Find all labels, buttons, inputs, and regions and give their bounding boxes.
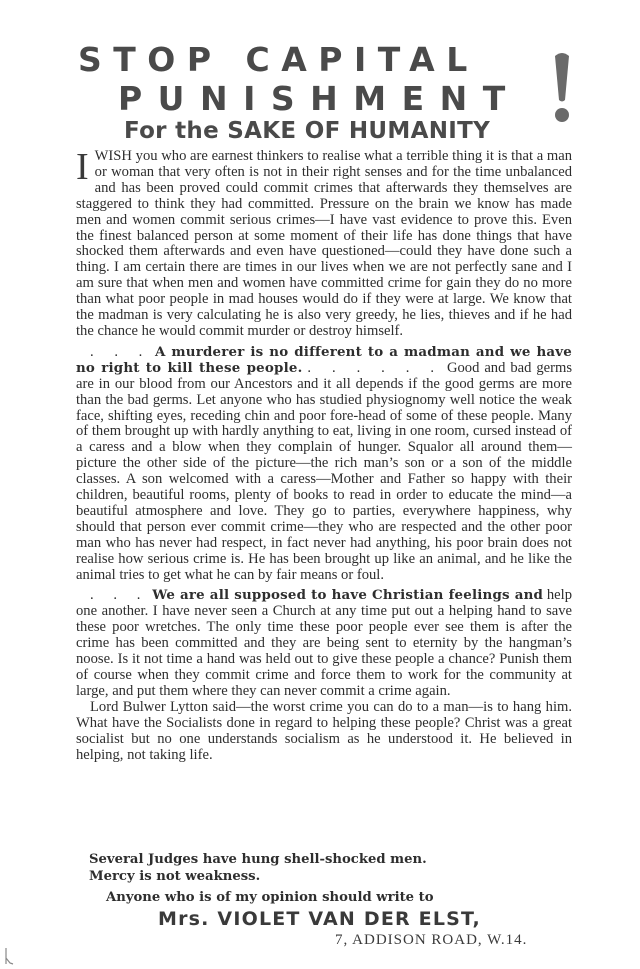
paragraph-2-text: Good and bad germs are in our blood from… [76, 360, 572, 583]
paragraph-1: IWISH you who are earnest thinkers to re… [76, 149, 572, 340]
paragraph-3-text: help one another. I have never seen a Ch… [76, 587, 572, 698]
author-address: 7, ADDISON ROAD, W.14. [335, 932, 527, 949]
exclamation-icon [551, 52, 573, 124]
mid-dots: . . . . . . [307, 360, 442, 376]
poster-subtitle: For the SAKE OF HUMANITY [124, 118, 490, 144]
bold-statement-christian: We are all supposed to have Christian fe… [152, 587, 543, 603]
closing-write-to-line: Anyone who is of my opinion should write… [106, 890, 434, 905]
leading-dots: . . . [90, 344, 150, 360]
paragraph-1-text: WISH you who are earnest thinkers to rea… [76, 148, 572, 339]
scan-mark [4, 946, 14, 966]
paragraph-2: . . . A murderer is no different to a ma… [76, 345, 572, 584]
poster-title-line-2: PUNISHMENT [118, 79, 521, 118]
drop-cap: I [76, 152, 89, 182]
leading-dots: . . . [90, 587, 148, 603]
paragraph-4: Lord Bulwer Lytton said—the worst crime … [76, 700, 572, 764]
author-name: Mrs. VIOLET VAN DER ELST, [158, 908, 481, 930]
closing-mercy-line: Mercy is not weakness. [89, 869, 260, 884]
article-body: IWISH you who are earnest thinkers to re… [76, 149, 572, 763]
closing-judges-line: Several Judges have hung shell-shocked m… [89, 852, 427, 867]
paragraph-4-text: Lord Bulwer Lytton said—the worst crime … [76, 699, 572, 763]
paragraph-3: . . . We are all supposed to have Christ… [76, 588, 572, 699]
poster-title-line-1: STOP CAPITAL [78, 40, 479, 79]
